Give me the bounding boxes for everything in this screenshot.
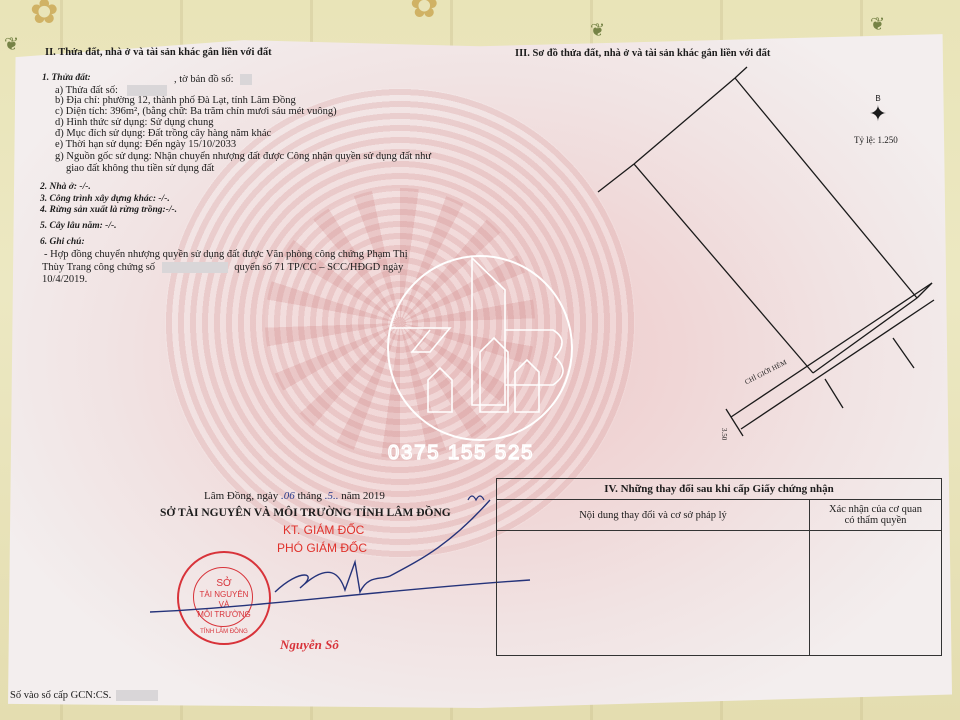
vhb-logo-buildings-icon [0, 0, 960, 720]
watermark-phone-number: 0375 155 525 [388, 442, 534, 465]
